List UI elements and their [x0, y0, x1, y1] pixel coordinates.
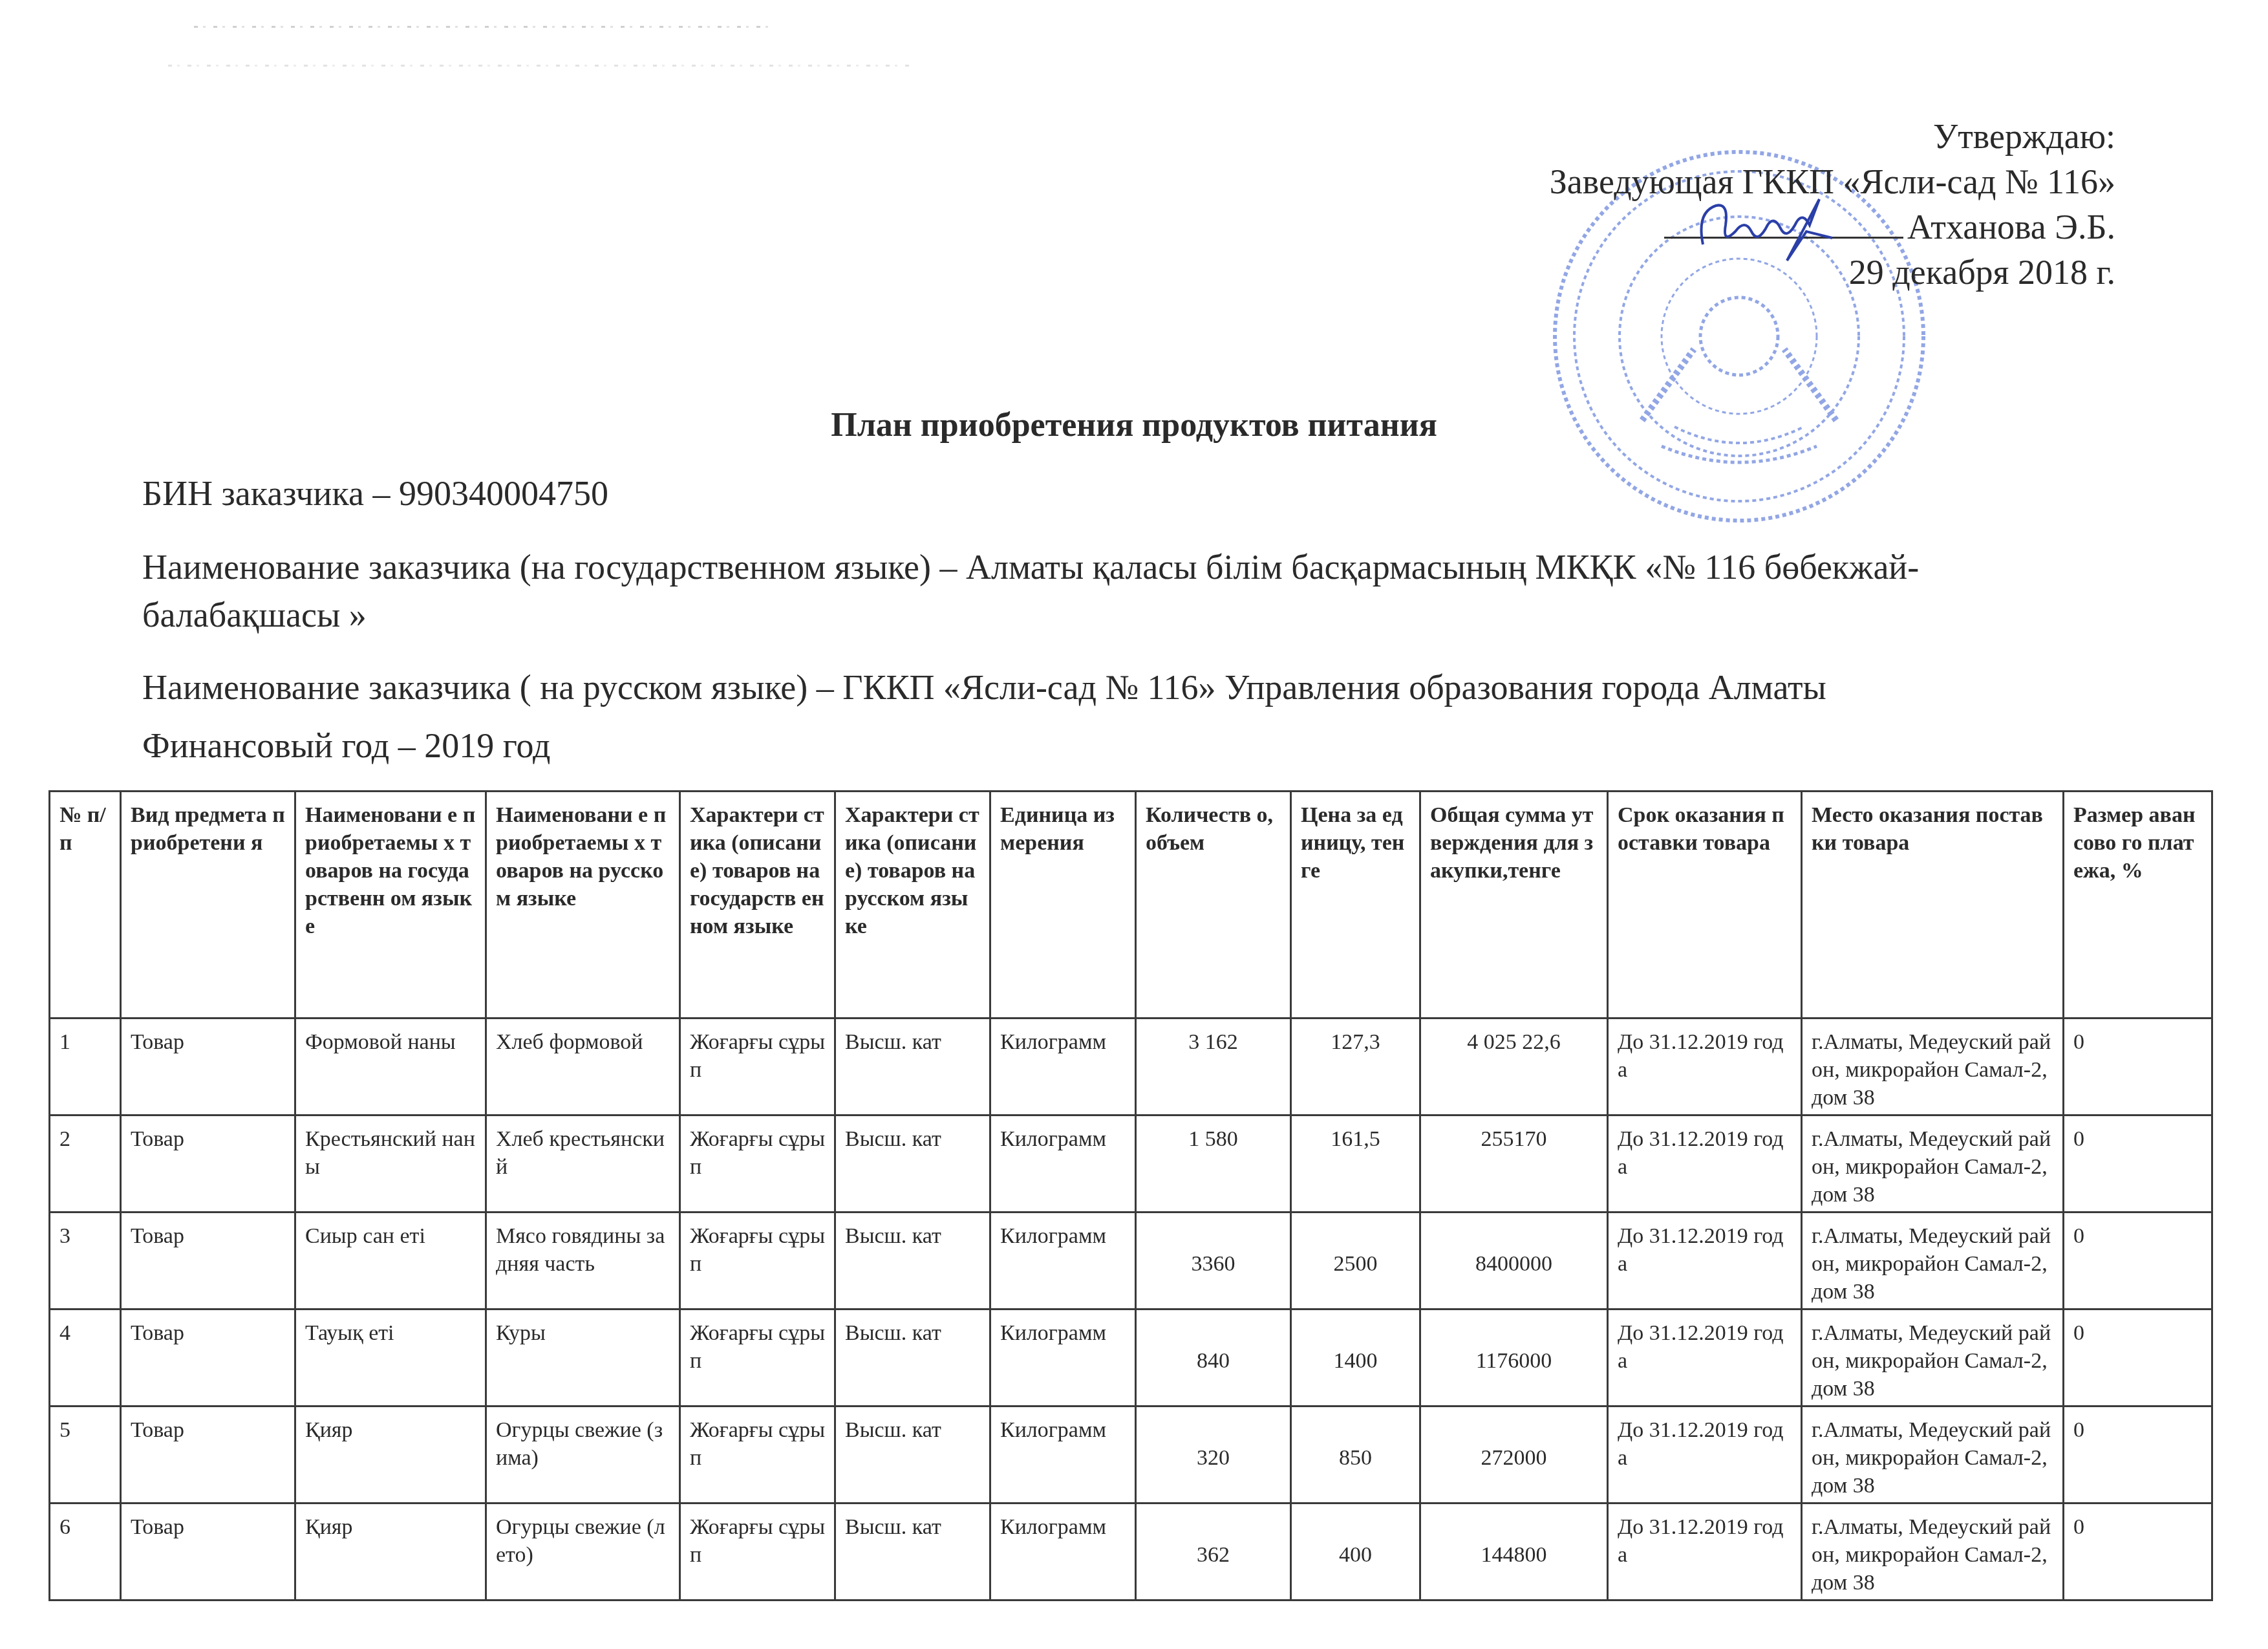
- cell-name-russian: Хлеб крестьянский: [486, 1115, 680, 1212]
- cell-name-russian: Мясо говядины задняя часть: [486, 1212, 680, 1309]
- customer-name-russian: Наименование заказчика ( на русском язык…: [142, 663, 2115, 711]
- approval-block: Утверждаю: Заведующая ГККП «Ясли-сад № 1…: [1550, 114, 2115, 295]
- cell-total: 272000: [1420, 1406, 1608, 1503]
- cell-name-russian: Хлеб формовой: [486, 1018, 680, 1115]
- cell-term: До 31.12.2019 года: [1608, 1406, 1802, 1503]
- scan-artifact: [194, 26, 776, 28]
- cell-place: г.Алматы, Медеуский район, микрорайон Са…: [1802, 1503, 2064, 1600]
- cell-place: г.Алматы, Медеуский район, микрорайон Са…: [1802, 1018, 2064, 1115]
- cell-total: 8400000: [1420, 1212, 1608, 1309]
- cell-advance: 0: [2064, 1503, 2212, 1600]
- cell-unit-price: 1400: [1291, 1309, 1420, 1406]
- cell-name-state: Қияр: [295, 1503, 486, 1600]
- cell-term: До 31.12.2019 года: [1608, 1309, 1802, 1406]
- cell-name-russian: Куры: [486, 1309, 680, 1406]
- cell-unit: Килограмм: [990, 1212, 1136, 1309]
- cell-number: 4: [50, 1309, 121, 1406]
- cell-desc-russian: Высш. кат: [835, 1406, 990, 1503]
- cell-desc-russian: Высш. кат: [835, 1212, 990, 1309]
- table-row: 6 Товар Қияр Огурцы свежие (лето) Жоғарғ…: [50, 1503, 2212, 1600]
- cell-quantity: 320: [1136, 1406, 1291, 1503]
- cell-advance: 0: [2064, 1406, 2212, 1503]
- cell-name-state: Қияр: [295, 1406, 486, 1503]
- signature-icon: [1690, 186, 1858, 264]
- table-row: 5 Товар Қияр Огурцы свежие (зима) Жоғарғ…: [50, 1406, 2212, 1503]
- cell-advance: 0: [2064, 1018, 2212, 1115]
- scan-artifact: [168, 65, 912, 67]
- cell-place: г.Алматы, Медеуский район, микрорайон Са…: [1802, 1115, 2064, 1212]
- cell-quantity: 3360: [1136, 1212, 1291, 1309]
- column-header-term: Срок оказания поставки товара: [1608, 792, 1802, 1018]
- cell-advance: 0: [2064, 1309, 2212, 1406]
- cell-place: г.Алматы, Медеуский район, микрорайон Са…: [1802, 1309, 2064, 1406]
- cell-number: 6: [50, 1503, 121, 1600]
- column-header-type: Вид предмета приобретени я: [121, 792, 295, 1018]
- cell-unit-price: 850: [1291, 1406, 1420, 1503]
- cell-desc-state: Жоғарғы сұрып: [680, 1018, 835, 1115]
- cell-desc-russian: Высш. кат: [835, 1309, 990, 1406]
- cell-term: До 31.12.2019 года: [1608, 1503, 1802, 1600]
- column-header-desc-russian: Характери стика (описание) товаров на ру…: [835, 792, 990, 1018]
- customer-bin: БИН заказчика – 990340004750: [142, 469, 2115, 517]
- approval-signatory-line: Атханова Э.Б.: [1550, 204, 2115, 250]
- cell-desc-russian: Высш. кат: [835, 1115, 990, 1212]
- cell-total: 144800: [1420, 1503, 1608, 1600]
- table-row: 2 Товар Крестьянский наны Хлеб крестьянс…: [50, 1115, 2212, 1212]
- cell-name-state: Тауық еті: [295, 1309, 486, 1406]
- cell-term: До 31.12.2019 года: [1608, 1115, 1802, 1212]
- cell-place: г.Алматы, Медеуский район, микрорайон Са…: [1802, 1212, 2064, 1309]
- cell-unit-price: 2500: [1291, 1212, 1420, 1309]
- table-header-row: № п/п Вид предмета приобретени я Наимено…: [50, 792, 2212, 1018]
- table-row: 1 Товар Формовой наны Хлеб формовой Жоға…: [50, 1018, 2212, 1115]
- signature-line: [1664, 206, 1903, 239]
- column-header-unit-price: Цена за единицу, тенге: [1291, 792, 1420, 1018]
- cell-total: 4 025 22,6: [1420, 1018, 1608, 1115]
- cell-unit-price: 161,5: [1291, 1115, 1420, 1212]
- cell-number: 2: [50, 1115, 121, 1212]
- customer-name-state-language-text: Наименование заказчика (на государственн…: [142, 543, 2115, 639]
- cell-name-state: Сиыр сан еті: [295, 1212, 486, 1309]
- cell-number: 5: [50, 1406, 121, 1503]
- cell-advance: 0: [2064, 1212, 2212, 1309]
- cell-term: До 31.12.2019 года: [1608, 1212, 1802, 1309]
- table-row: 4 Товар Тауық еті Куры Жоғарғы сұрып Выс…: [50, 1309, 2212, 1406]
- cell-type: Товар: [121, 1018, 295, 1115]
- cell-unit: Килограмм: [990, 1503, 1136, 1600]
- cell-total: 1176000: [1420, 1309, 1608, 1406]
- column-header-name-state: Наименовани е приобретаемы х товаров на …: [295, 792, 486, 1018]
- cell-total: 255170: [1420, 1115, 1608, 1212]
- cell-type: Товар: [121, 1309, 295, 1406]
- table-row: 3 Товар Сиыр сан еті Мясо говядины задня…: [50, 1212, 2212, 1309]
- cell-desc-state: Жоғарғы сұрып: [680, 1212, 835, 1309]
- column-header-advance: Размер авансово го платежа, %: [2064, 792, 2212, 1018]
- column-header-unit: Единица измерения: [990, 792, 1136, 1018]
- cell-name-state: Крестьянский наны: [295, 1115, 486, 1212]
- approval-signatory: Атханова Э.Б.: [1907, 208, 2115, 246]
- column-header-quantity: Количеств о, объем: [1136, 792, 1291, 1018]
- cell-advance: 0: [2064, 1115, 2212, 1212]
- cell-desc-state: Жоғарғы сұрып: [680, 1503, 835, 1600]
- page-title: План приобретения продуктов питания: [0, 406, 2268, 444]
- cell-desc-state: Жоғарғы сұрып: [680, 1406, 835, 1503]
- cell-place: г.Алматы, Медеуский район, микрорайон Са…: [1802, 1406, 2064, 1503]
- cell-number: 3: [50, 1212, 121, 1309]
- cell-desc-state: Жоғарғы сұрып: [680, 1309, 835, 1406]
- column-header-name-russian: Наименовани е приобретаемы х товаров на …: [486, 792, 680, 1018]
- cell-unit-price: 127,3: [1291, 1018, 1420, 1115]
- cell-number: 1: [50, 1018, 121, 1115]
- cell-name-russian: Огурцы свежие (зима): [486, 1406, 680, 1503]
- cell-quantity: 3 162: [1136, 1018, 1291, 1115]
- cell-unit: Килограмм: [990, 1115, 1136, 1212]
- cell-desc-russian: Высш. кат: [835, 1503, 990, 1600]
- cell-unit-price: 400: [1291, 1503, 1420, 1600]
- cell-type: Товар: [121, 1212, 295, 1309]
- cell-term: До 31.12.2019 года: [1608, 1018, 1802, 1115]
- procurement-plan-table: № п/п Вид предмета приобретени я Наимено…: [48, 790, 2213, 1601]
- column-header-place: Место оказания поставки товара: [1802, 792, 2064, 1018]
- column-header-total: Общая сумма утверждения для закупки,тенг…: [1420, 792, 1608, 1018]
- column-header-number: № п/п: [50, 792, 121, 1018]
- cell-unit: Килограмм: [990, 1309, 1136, 1406]
- approval-heading: Утверждаю:: [1550, 114, 2115, 159]
- cell-unit: Килограмм: [990, 1406, 1136, 1503]
- cell-quantity: 1 580: [1136, 1115, 1291, 1212]
- fiscal-year: Финансовый год – 2019 год: [142, 722, 2115, 770]
- customer-name-state-language: Наименование заказчика (на государственн…: [142, 543, 2115, 639]
- cell-name-state: Формовой наны: [295, 1018, 486, 1115]
- cell-unit: Килограмм: [990, 1018, 1136, 1115]
- cell-type: Товар: [121, 1503, 295, 1600]
- cell-type: Товар: [121, 1406, 295, 1503]
- cell-type: Товар: [121, 1115, 295, 1212]
- cell-quantity: 362: [1136, 1503, 1291, 1600]
- cell-quantity: 840: [1136, 1309, 1291, 1406]
- cell-desc-state: Жоғарғы сұрып: [680, 1115, 835, 1212]
- cell-name-russian: Огурцы свежие (лето): [486, 1503, 680, 1600]
- cell-desc-russian: Высш. кат: [835, 1018, 990, 1115]
- column-header-desc-state: Характери стика (описание) товаров на го…: [680, 792, 835, 1018]
